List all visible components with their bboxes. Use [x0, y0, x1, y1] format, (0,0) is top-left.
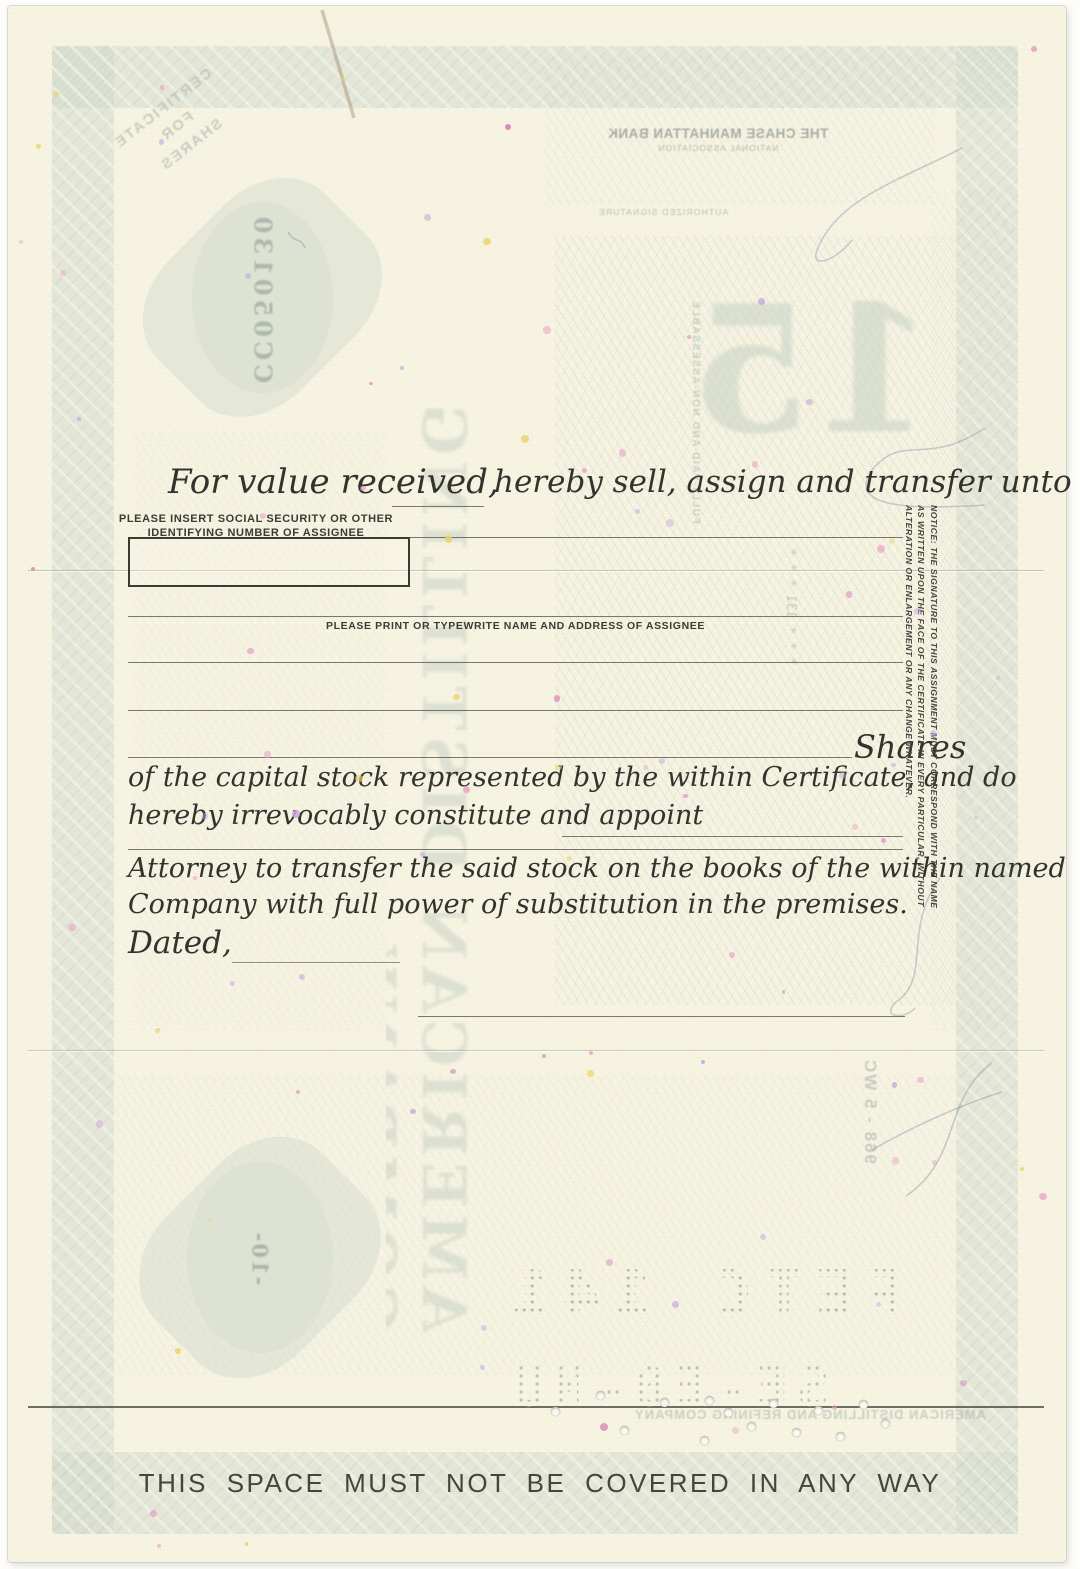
speckle-dot	[264, 751, 270, 757]
speckle-dot	[296, 1090, 300, 1094]
speckle-dot	[175, 1348, 180, 1353]
speckle-dot	[299, 974, 305, 980]
speckle-dot	[505, 124, 511, 130]
speckle-dot	[360, 486, 365, 491]
speckle-dot	[157, 1544, 161, 1548]
punch-hole	[596, 1391, 605, 1400]
speckle-dot	[555, 764, 562, 771]
ghost-type-code-vertical: * * * 131 * * *	[782, 548, 800, 678]
form-line-shares	[128, 757, 852, 758]
speckle-dot	[450, 1069, 455, 1074]
punch-hole	[836, 1432, 845, 1441]
speckle-dot	[554, 695, 560, 701]
speckle-dot	[410, 1109, 416, 1115]
form-blank-after-received	[392, 506, 484, 507]
capital-stock-line1: of the capital stock represented by the …	[128, 762, 1017, 793]
speckle-dot	[930, 730, 938, 738]
ghost-authorized-signature: AUTHORIZED SIGNATURE	[548, 207, 778, 217]
form-line-name-3	[128, 710, 903, 711]
ghost-share-count: -10-	[248, 1230, 273, 1285]
speckle-dot	[36, 144, 41, 149]
form-line-name-2	[128, 662, 903, 663]
punch-hole	[814, 1406, 823, 1415]
punch-hole	[700, 1436, 709, 1445]
speckle-dot	[230, 981, 235, 986]
ghost-side-code-vertical: 968 - 5 WC	[860, 1058, 880, 1218]
speckle-dot	[732, 1427, 739, 1434]
speckle-dot	[852, 824, 858, 830]
ghost-bank-subtitle: NATIONAL ASSOCIATION	[548, 143, 888, 153]
speckle-dot	[683, 794, 687, 798]
notice-line2: AS WRITTEN UPON THE FACE OF THE CERTIFIC…	[915, 505, 928, 967]
ghost-company-name-text: AMERICAN DISTILLING COMPANY	[386, 258, 478, 1333]
attorney-line2: Company with full power of substitution …	[128, 889, 908, 920]
speckle-dot	[355, 775, 363, 783]
notice-line3: ALTERATION OR ENLARGEMENT OR ANY CHANGE …	[903, 505, 916, 967]
speckle-dot	[666, 519, 674, 527]
ghost-company-name-vertical: AMERICAN DISTILLING COMPANY	[386, 258, 478, 1333]
speckle-dot	[453, 694, 460, 701]
speckle-dot	[60, 270, 66, 276]
ghost-big-number: 15	[690, 268, 934, 473]
speckle-dot	[54, 91, 60, 97]
capital-stock-line2: hereby irrevocably constitute and appoin…	[128, 800, 703, 831]
speckle-dot	[445, 535, 452, 542]
punch-hole	[705, 1396, 714, 1405]
punch-hole	[620, 1426, 629, 1435]
speckle-dot	[752, 461, 759, 468]
speckle-dot	[77, 417, 81, 421]
punch-hole	[881, 1419, 890, 1428]
form-opening-left: For value received,	[168, 462, 499, 502]
punch-hole	[792, 1428, 801, 1437]
speckle-dot	[543, 326, 550, 333]
speckle-dot	[96, 1120, 104, 1128]
ghost-bank-name: THE CHASE MANHATTAN BANK	[548, 126, 888, 141]
speckle-dot	[643, 765, 647, 769]
ghost-text-hatch-right	[930, 190, 1015, 1030]
speckle-dot	[400, 366, 404, 370]
speckle-dot	[292, 810, 300, 818]
punch-hole	[724, 1408, 733, 1417]
ghost-medallion-bottom-left: -10-	[165, 1140, 355, 1375]
speckle-dot	[1039, 1193, 1047, 1201]
dated-label: Dated,	[128, 925, 232, 961]
speckle-dot	[1031, 46, 1037, 52]
punch-hole	[747, 1422, 756, 1431]
speckle-dot	[245, 1542, 249, 1546]
speckle-dot	[483, 238, 491, 246]
form-opening-right: hereby sell, assign and transfer unto	[494, 464, 1072, 500]
form-line-name-1	[128, 616, 903, 617]
ghost-serial-number: CC050130	[248, 212, 277, 382]
speckle-dot	[606, 1259, 613, 1266]
ssn-caption-line1: PLEASE INSERT SOCIAL SECURITY OR OTHER	[100, 513, 412, 525]
punch-hole	[859, 1400, 868, 1409]
form-line-attorney-top	[128, 849, 903, 850]
ssn-input-box	[128, 537, 410, 587]
fold-crease-lower	[28, 1050, 1044, 1052]
speckle-dot	[889, 538, 895, 544]
form-blank-dated	[232, 962, 400, 963]
speckle-dot	[420, 852, 424, 856]
form-line-assignee-top	[405, 537, 903, 538]
speckle-dot	[159, 139, 165, 145]
ghost-bank-block: THE CHASE MANHATTAN BANK NATIONAL ASSOCI…	[548, 126, 888, 153]
speckle-dot	[68, 924, 75, 931]
ghost-side-code-text: 968 - 5 WC	[860, 1058, 880, 1164]
speckle-dot	[155, 1028, 160, 1033]
form-signature-line	[418, 1016, 905, 1017]
speckle-dot	[932, 1160, 937, 1165]
speckle-dot	[846, 591, 853, 598]
speckle-dot	[960, 1380, 966, 1386]
speckle-dot	[587, 1070, 594, 1077]
punch-hole	[551, 1407, 560, 1416]
ghost-medallion-top-left: CC050130	[170, 180, 355, 415]
perforated-text-row1: FETC 141	[500, 1258, 904, 1332]
footer-warning-text: THIS SPACE MUST NOT BE COVERED IN ANY WA…	[60, 1468, 1020, 1499]
speckle-dot	[567, 856, 572, 861]
speckle-dot	[914, 608, 921, 615]
speckle-dot	[729, 952, 735, 958]
punch-hole	[769, 1399, 778, 1408]
assignee-caption: PLEASE PRINT OR TYPEWRITE NAME AND ADDRE…	[128, 620, 903, 632]
speckle-dot	[521, 435, 529, 443]
speckle-dot	[600, 1423, 608, 1431]
speckle-dot	[480, 1365, 485, 1370]
ghost-fully-paid-vertical: FULLY-PAID AND NON-ASSESSABLE	[688, 300, 706, 700]
speckle-dot	[917, 1077, 923, 1083]
form-blank-appoint	[562, 836, 903, 837]
ghost-type-code-text: * * * 131 * * *	[783, 548, 798, 665]
punch-hole	[660, 1398, 669, 1407]
speckle-dot	[193, 876, 197, 880]
speckle-dot	[892, 1157, 899, 1164]
